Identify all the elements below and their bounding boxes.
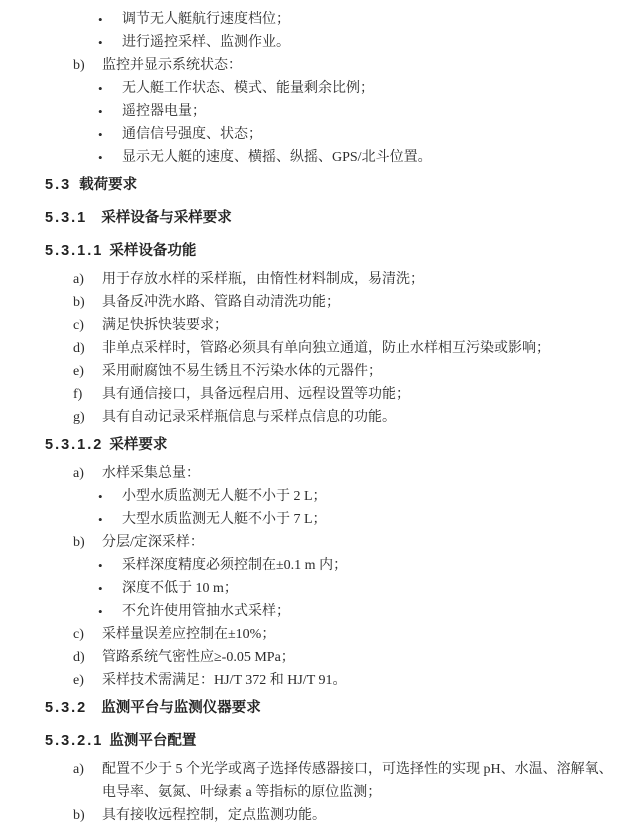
bullet-icon: • [98,146,122,169]
bullet-icon: • [98,77,122,100]
section-heading-5.3.1.2: 5.3.1.2采样要求 [45,434,600,457]
bullet-item-text: 不允许使用管抽水式采样； [122,600,290,623]
list-item-label: e) [73,360,102,383]
list-item-label: c) [73,623,102,646]
list-item-text: 用于存放水样的采样瓶，由惰性材料制成，易清洗； [102,268,424,291]
bullet-item: •无人艇工作状态、模式、能量剩余比例； [45,77,600,100]
bullet-item-text: 深度不低于 10 m； [122,577,238,600]
heading-title: 采样设备功能 [109,240,196,263]
heading-number: 5.3.2 [45,697,87,720]
heading-number: 5.3.1.1 [45,240,103,263]
bullet-item-text: 调节无人艇航行速度档位； [122,8,290,31]
list-item: g)具有自动记录采样瓶信息与采样点信息的功能。 [45,406,600,429]
bullet-item: •遥控器电量； [45,100,600,123]
list-item-text: 监控并显示系统状态： [102,54,242,77]
section-heading-5.3.2: 5.3.2监测平台与监测仪器要求 [45,697,600,720]
list-item-label: f) [73,383,102,406]
bullet-icon: • [98,123,122,146]
heading-title: 监测平台配置 [109,730,196,753]
list-item-text: 具有接收远程控制，定点监测功能。 [102,804,326,827]
list-item: a)用于存放水样的采样瓶，由惰性材料制成，易清洗； [45,268,600,291]
bullet-icon: • [98,31,122,54]
bullet-item-text: 小型水质监测无人艇不小于 2 L； [122,485,327,508]
list-item: a)水样采集总量： [45,462,600,485]
bullet-icon: • [98,577,122,600]
bullet-item: •进行遥控采样、监测作业。 [45,31,600,54]
list-item-label: a) [73,268,102,291]
list-item-label: b) [73,291,102,314]
heading-title: 监测平台与监测仪器要求 [101,697,261,720]
list-item-label: g) [73,406,102,429]
bullet-item-text: 大型水质监测无人艇不小于 7 L； [122,508,327,531]
bullet-icon: • [98,508,122,531]
section-heading-5.3.2.1: 5.3.2.1监测平台配置 [45,730,600,753]
heading-title: 采样要求 [109,434,167,457]
bullet-item: •调节无人艇航行速度档位； [45,8,600,31]
bullet-item-text: 进行遥控采样、监测作业。 [122,31,290,54]
bullet-icon: • [98,100,122,123]
heading-number: 5.3.1 [45,207,87,230]
bullet-item: •采样深度精度必须控制在±0.1 m 内； [45,554,600,577]
document-page: •调节无人艇航行速度档位；•进行遥控采样、监测作业。b)监控并显示系统状态：•无… [0,0,640,839]
list-item: b)监控并显示系统状态： [45,54,600,77]
bullet-item-text: 通信信号强度、状态； [122,123,262,146]
list-item: c)采样量误差应控制在±10%； [45,623,600,646]
list-item-label: a) [73,758,102,781]
list-item-label: b) [73,804,102,827]
list-item-text: 电导率、氨氮、叶绿素 a 等指标的原位监测； [102,781,381,804]
list-item-text: 非单点采样时，管路必须具有单向独立通道，防止水样相互污染或影响； [102,337,550,360]
section-heading-5.3.1: 5.3.1采样设备与采样要求 [45,207,600,230]
list-item-text: 具备反冲洗水路、管路自动清洗功能； [102,291,340,314]
list-item-label: c) [73,314,102,337]
bullet-icon: • [98,554,122,577]
list-item: e)采样技术需满足：HJ/T 372 和 HJ/T 91。 [45,669,600,692]
section-heading-5.3: 5.3载荷要求 [45,174,600,197]
list-item-text: 采用耐腐蚀不易生锈且不污染水体的元器件； [102,360,382,383]
list-item-label: d) [73,337,102,360]
list-item-continuation: 电导率、氨氮、叶绿素 a 等指标的原位监测； [45,781,600,804]
list-item: c)满足快拆快装要求； [45,314,600,337]
list-item: b)具备反冲洗水路、管路自动清洗功能； [45,291,600,314]
list-item-text: 配置不少于 5 个光学或离子选择传感器接口，可选择性的实现 pH、水温、溶解氧、 [102,758,613,781]
list-item-label: e) [73,669,102,692]
bullet-icon: • [98,485,122,508]
list-item-text: 分层/定深采样： [102,531,204,554]
heading-title: 采样设备与采样要求 [101,207,232,230]
list-item: e)采用耐腐蚀不易生锈且不污染水体的元器件； [45,360,600,383]
document-body: •调节无人艇航行速度档位；•进行遥控采样、监测作业。b)监控并显示系统状态：•无… [45,8,600,827]
list-item-text: 水样采集总量： [102,462,200,485]
list-item-label: a) [73,462,102,485]
list-item-text: 采样量误差应控制在±10%； [102,623,275,646]
list-item-label: b) [73,54,102,77]
list-item-text: 具有自动记录采样瓶信息与采样点信息的功能。 [102,406,396,429]
section-heading-5.3.1.1: 5.3.1.1采样设备功能 [45,240,600,263]
list-item-text: 管路系统气密性应≥-0.05 MPa； [102,646,295,669]
bullet-item: •通信信号强度、状态； [45,123,600,146]
bullet-icon: • [98,600,122,623]
list-item-text: 具有通信接口，具备远程启用、远程设置等功能； [102,383,410,406]
heading-title: 载荷要求 [79,174,137,197]
list-item: d)管路系统气密性应≥-0.05 MPa； [45,646,600,669]
bullet-item: •小型水质监测无人艇不小于 2 L； [45,485,600,508]
bullet-item-text: 无人艇工作状态、模式、能量剩余比例； [122,77,374,100]
list-item: d)非单点采样时，管路必须具有单向独立通道，防止水样相互污染或影响； [45,337,600,360]
heading-number: 5.3 [45,174,71,197]
bullet-icon: • [98,8,122,31]
bullet-item-text: 遥控器电量； [122,100,206,123]
heading-number: 5.3.1.2 [45,434,103,457]
list-item: b)分层/定深采样： [45,531,600,554]
list-item-text: 采样技术需满足：HJ/T 372 和 HJ/T 91。 [102,669,347,692]
bullet-item: •不允许使用管抽水式采样； [45,600,600,623]
heading-number: 5.3.2.1 [45,730,103,753]
bullet-item-text: 采样深度精度必须控制在±0.1 m 内； [122,554,347,577]
list-item-text: 满足快拆快装要求； [102,314,228,337]
list-item-label: b) [73,531,102,554]
bullet-item: •显示无人艇的速度、横摇、纵摇、GPS/北斗位置。 [45,146,600,169]
list-item: b)具有接收远程控制，定点监测功能。 [45,804,600,827]
list-item: f)具有通信接口，具备远程启用、远程设置等功能； [45,383,600,406]
list-item-label: d) [73,646,102,669]
list-item: a)配置不少于 5 个光学或离子选择传感器接口，可选择性的实现 pH、水温、溶解… [45,758,600,781]
bullet-item: •深度不低于 10 m； [45,577,600,600]
bullet-item: •大型水质监测无人艇不小于 7 L； [45,508,600,531]
bullet-item-text: 显示无人艇的速度、横摇、纵摇、GPS/北斗位置。 [122,146,432,169]
